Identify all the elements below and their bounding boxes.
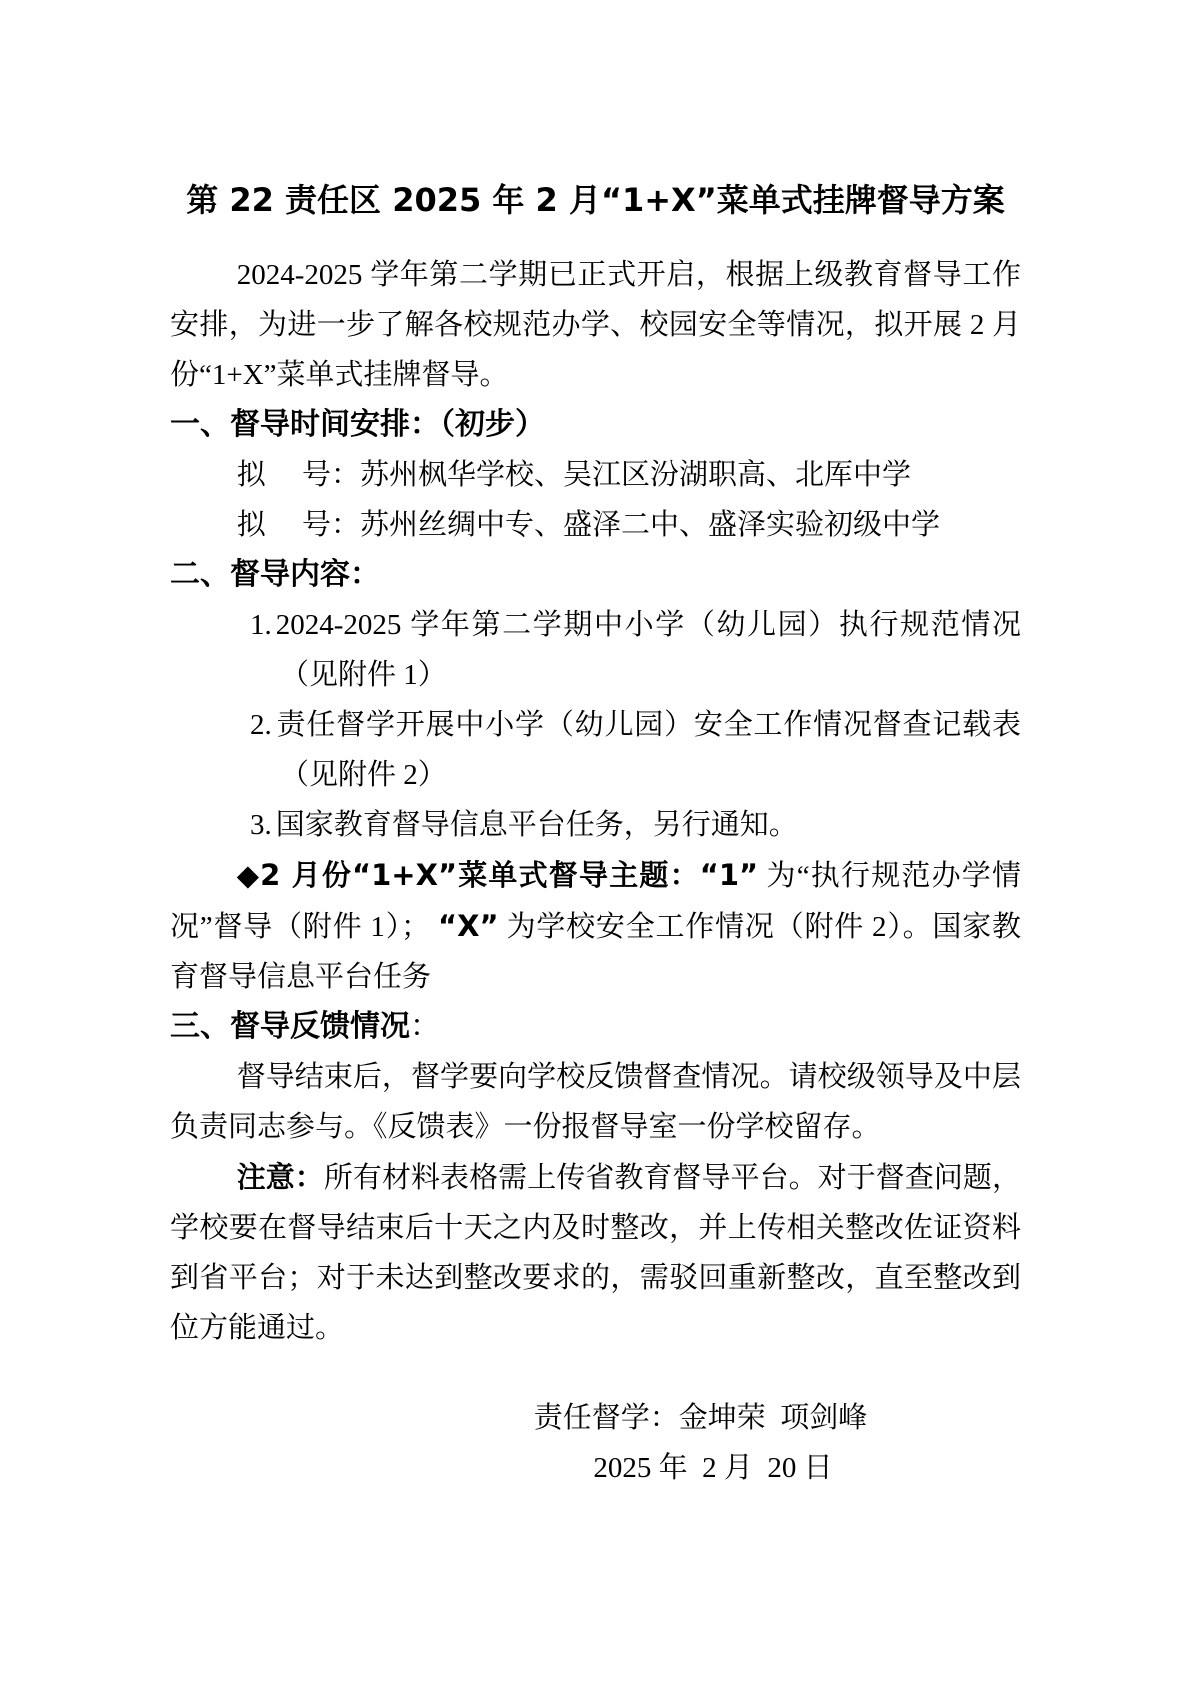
section-3-heading-text: 三、督导反馈情况: [170, 1009, 410, 1044]
content-item-2: 2.责任督学开展中小学（幼儿园）安全工作情况督查记载表（见附件 2）: [280, 700, 1021, 800]
theme-paragraph: ◆2 月份“1+X”菜单式督导主题：“1” 为“执行规范办学情况”督导（附件 1…: [170, 850, 1021, 1002]
item-2-text: 责任督学开展中小学（幼儿园）安全工作情况督查记载表（见附件 2）: [276, 709, 1021, 791]
document-title: 第 22 责任区 2025 年 2 月“1+X”菜单式挂牌督导方案: [170, 178, 1021, 222]
theme-bold-x: “X”: [438, 909, 498, 943]
content-item-3: 3.国家教育督导信息平台任务，另行通知。: [280, 800, 1021, 850]
item-3-number: 3.: [250, 809, 272, 841]
intro-paragraph: 2024-2025 学年第二学期已正式开启，根据上级教育督导工作安排，为进一步了…: [170, 250, 1021, 400]
note-label: 注意：: [237, 1160, 324, 1194]
schedule-line-2: 拟 号：苏州丝绸中专、盛泽二中、盛泽实验初级中学: [170, 500, 1021, 550]
theme-bold-lead: ◆2 月份“1+X”菜单式督导主题：“1”: [237, 858, 758, 892]
item-3-text: 国家教育督导信息平台任务，另行通知。: [276, 809, 798, 841]
section-3-heading: 三、督导反馈情况：: [170, 1002, 1021, 1052]
item-1-text: 2024-2025 学年第二学期中小学（幼儿园）执行规范情况（见附件 1）: [276, 609, 1021, 691]
section-1-heading: 一、督导时间安排：（初步）: [170, 400, 1021, 450]
item-1-number: 1.: [250, 609, 272, 641]
section-2-heading: 二、督导内容：: [170, 550, 1021, 600]
content-item-1: 1.2024-2025 学年第二学期中小学（幼儿园）执行规范情况（见附件 1）: [280, 600, 1021, 700]
feedback-paragraph: 督导结束后，督学要向学校反馈督查情况。请校级领导及中层负责同志参与。《反馈表》一…: [170, 1052, 1021, 1152]
section-3-heading-colon: ：: [410, 1010, 440, 1043]
signature-line: 责任督学：金坤荣 项剑峰: [380, 1393, 1021, 1443]
document-page: 第 22 责任区 2025 年 2 月“1+X”菜单式挂牌督导方案 2024-2…: [0, 0, 1191, 1684]
item-2-number: 2.: [250, 709, 272, 741]
date-line: 2025 年 2 月 20 日: [405, 1443, 1021, 1493]
note-paragraph: 注意：所有材料表格需上传省教育督导平台。对于督查问题，学校要在督导结束后十天之内…: [170, 1152, 1021, 1353]
schedule-line-1: 拟 号：苏州枫华学校、吴江区汾湖职高、北厍中学: [170, 450, 1021, 500]
